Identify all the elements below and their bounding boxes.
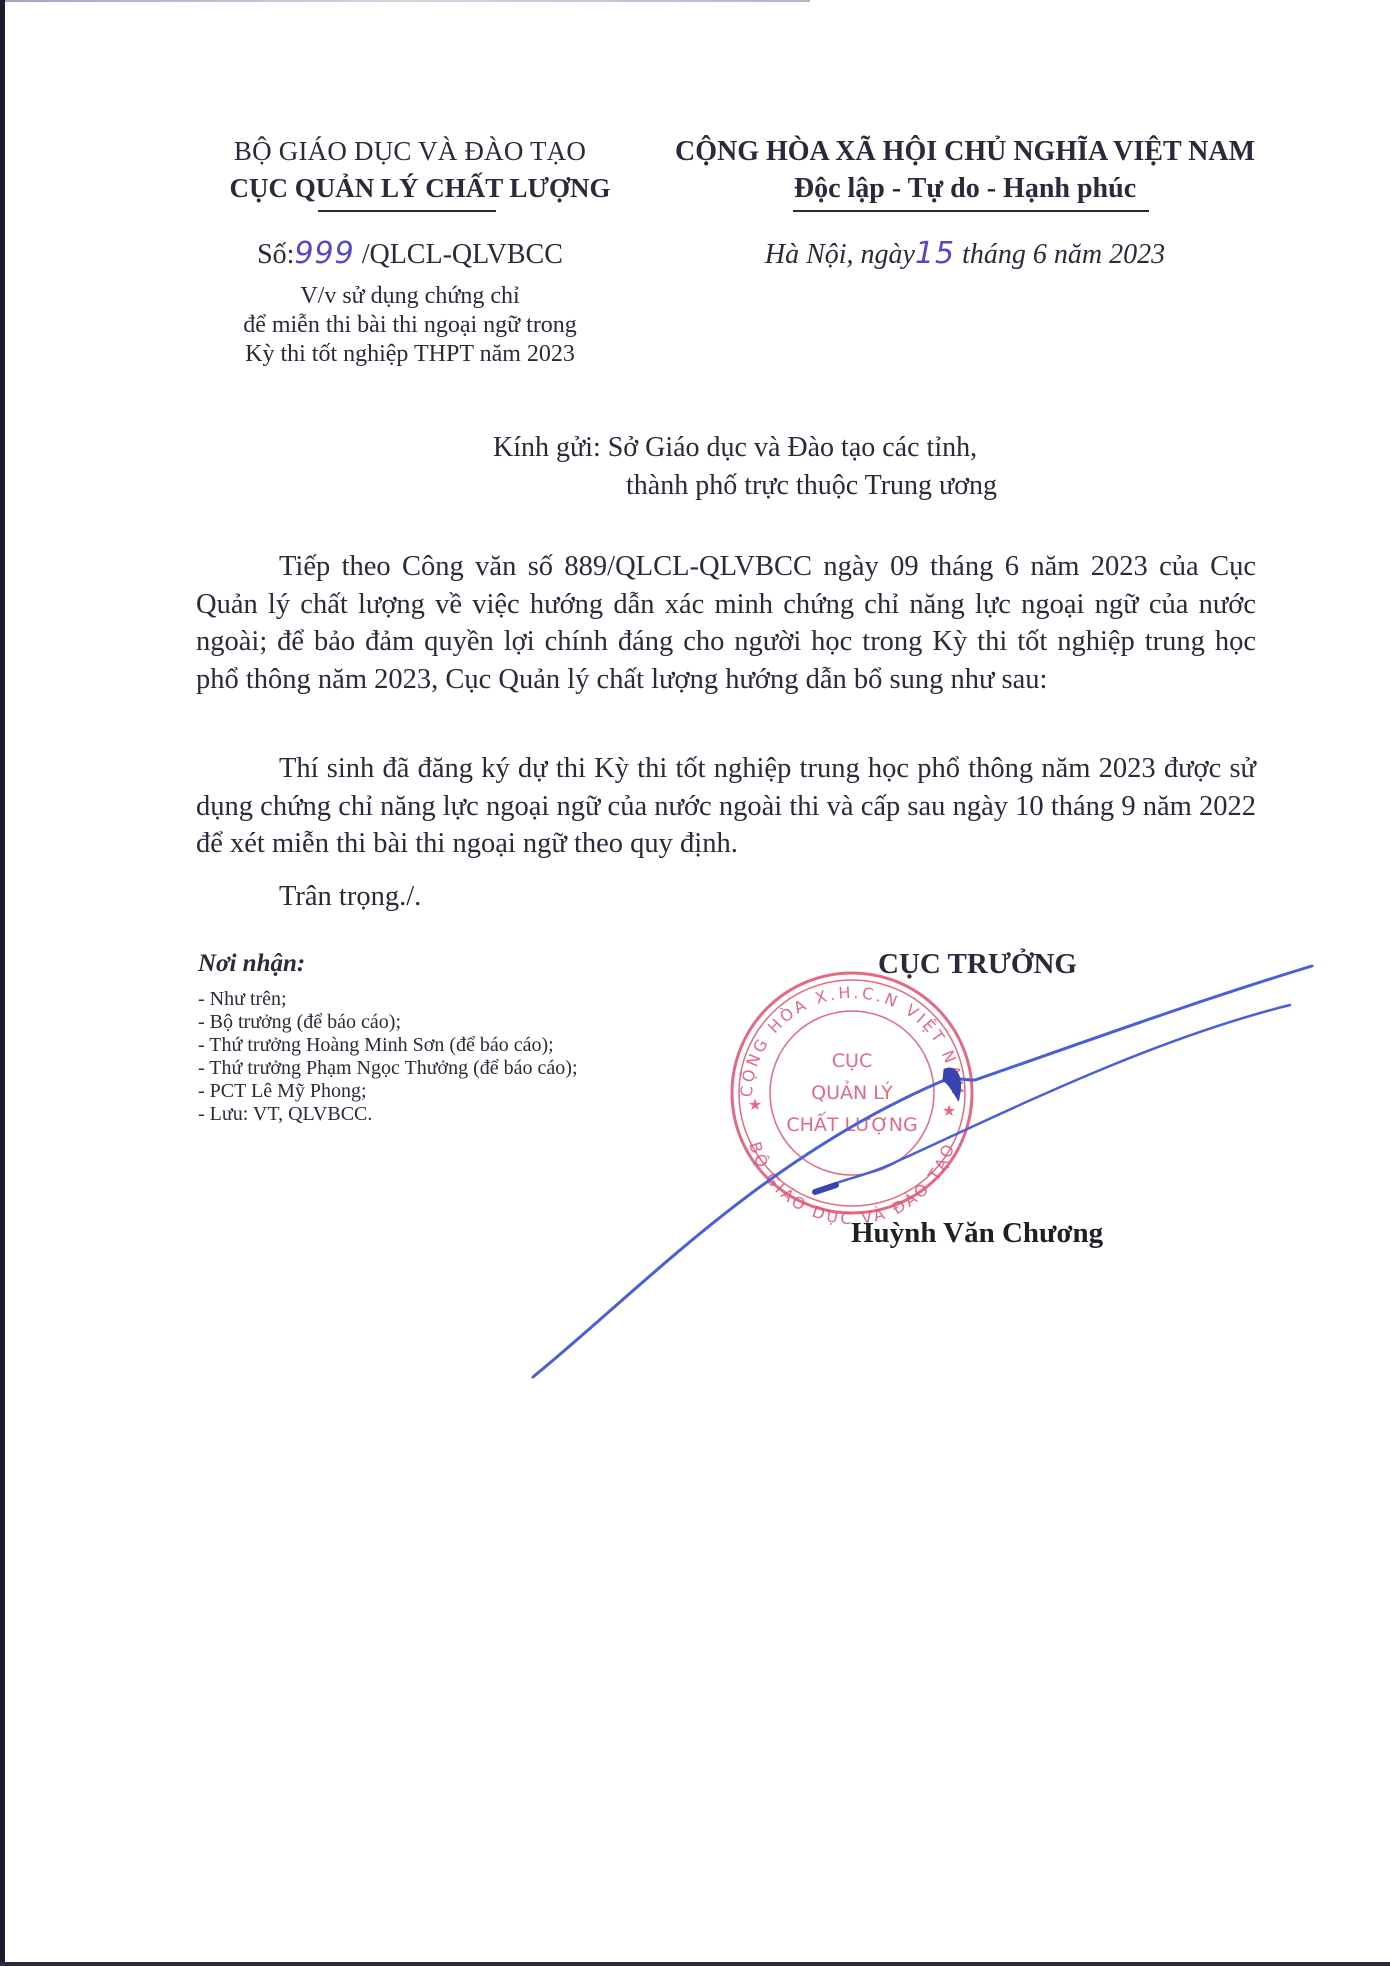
signer-title: CỤC TRƯỞNG — [878, 948, 1077, 981]
subject-line: Kỳ thi tốt nghiệp THPT năm 2023 — [200, 340, 620, 369]
recipient-item: - Như trên; — [198, 988, 578, 1011]
ministry-name: BỘ GIÁO DỤC VÀ ĐÀO TẠO — [200, 136, 620, 167]
date-suffix: tháng 6 năm 2023 — [955, 239, 1165, 270]
date-day-handwritten: 15 — [915, 236, 955, 271]
doc-number-prefix: Số: — [257, 239, 294, 270]
recipient-item: - Bộ trưởng (để báo cáo); — [198, 1011, 578, 1034]
national-motto: Độc lập - Tự do - Hạnh phúc — [665, 173, 1265, 205]
doc-number-handwritten: 999 — [294, 236, 354, 271]
body-paragraph: Thí sinh đã đăng ký dự thi Kỳ thi tốt ng… — [196, 750, 1256, 863]
handwritten-signature — [533, 966, 1312, 1377]
seal-center-line: CỤC — [832, 1050, 872, 1072]
seal-star-icon: ★ — [748, 1095, 762, 1114]
seal-bottom-text: BỘ GIÁO DỤC VÀ ĐÀO TẠO — [745, 1139, 959, 1228]
seal-star-icon: ★ — [942, 1101, 956, 1120]
body-paragraph: Tiếp theo Công văn số 889/QLCL-QLVBCC ng… — [196, 548, 1256, 698]
recipient-item: - PCT Lê Mỹ Phong; — [198, 1080, 578, 1103]
doc-number-suffix: /QLCL-QLVBCC — [355, 239, 563, 270]
signer-name: Huỳnh Văn Chương — [851, 1217, 1103, 1250]
subject-line: để miễn thi bài thi ngoại ngữ trong — [200, 311, 620, 340]
national-title: CỘNG HÒA XÃ HỘI CHỦ NGHĨA VIỆT NAM — [665, 136, 1265, 168]
scan-border-left — [0, 0, 5, 1966]
addressee-line-1: Kính gửi: Sở Giáo dục và Đào tạo các tỉn… — [493, 432, 977, 464]
seal-center-line: CHẤT LƯỢNG — [786, 1111, 917, 1136]
document-number: Số:999 /QLCL-QLVBCC — [200, 236, 620, 271]
scan-border-bottom — [0, 1962, 1390, 1966]
agency-name: CỤC QUẢN LÝ CHẤT LƯỢNG — [200, 173, 640, 204]
document-subject: V/v sử dụng chứng chỉ để miễn thi bài th… — [200, 282, 620, 369]
recipients-list: - Như trên; - Bộ trưởng (để báo cáo); - … — [198, 988, 578, 1126]
official-seal — [732, 973, 972, 1213]
agency-underline — [318, 210, 496, 212]
place-and-date: Hà Nội, ngày15 tháng 6 năm 2023 — [665, 236, 1265, 271]
recipient-item: - Thứ trưởng Hoàng Minh Sơn (để báo cáo)… — [198, 1034, 578, 1057]
seal-top-text: CỘNG HÒA X.H.C.N VIỆT NAM — [737, 983, 967, 1098]
recipients-heading: Nơi nhận: — [198, 950, 305, 978]
date-prefix: Hà Nội, ngày — [765, 239, 915, 270]
subject-line: V/v sử dụng chứng chỉ — [200, 282, 620, 311]
recipient-item: - Lưu: VT, QLVBCC. — [198, 1103, 578, 1126]
closing-salutation: Trân trọng./. — [279, 881, 421, 913]
recipient-item: - Thứ trưởng Phạm Ngọc Thưởng (để báo cá… — [198, 1057, 578, 1080]
scan-border-top — [5, 0, 810, 2]
addressee-line-2: thành phố trực thuộc Trung ương — [626, 470, 997, 502]
seal-center-line: QUẢN LÝ — [811, 1079, 893, 1104]
motto-underline — [793, 210, 1149, 212]
